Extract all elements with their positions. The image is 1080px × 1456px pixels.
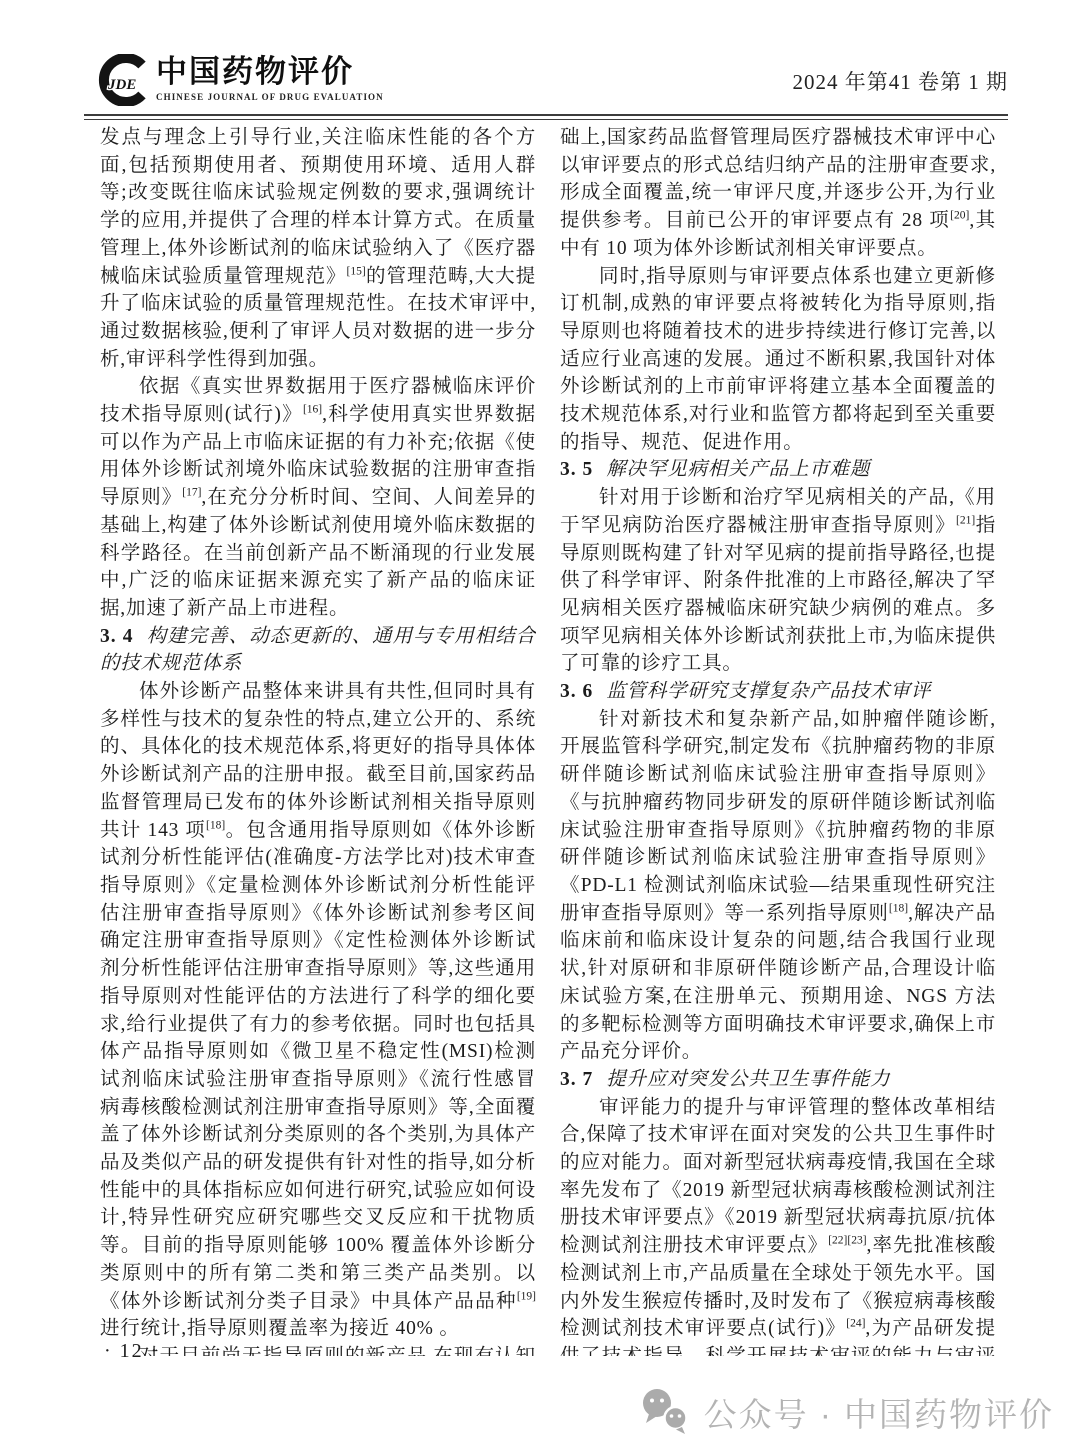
citation-ref: [24] [846, 1318, 865, 1330]
section-number: 3. 6 [560, 681, 593, 702]
header-rule [84, 114, 1008, 120]
section-number: 3. 4 [100, 626, 133, 647]
wechat-watermark: 公众号 · 中国药物评价 [640, 1388, 1054, 1436]
issue-info: 2024 年第41 卷第 1 期 [793, 66, 1009, 106]
citation-ref: [17] [182, 487, 201, 499]
section-heading: 3. 6监管科学研究支撑复杂产品技术审评 [560, 678, 996, 706]
journal-brand: JDE 中国药物评价 CHINESE JOURNAL OF DRUG EVALU… [96, 54, 384, 106]
paragraph: 针对用于诊断和治疗罕见病相关的产品,《用于罕见病防治医疗器械注册审查指导原则》[… [560, 484, 996, 678]
citation-ref: [22][23] [828, 1235, 866, 1247]
section-number: 3. 5 [560, 459, 593, 480]
section-heading: 3. 4构建完善、动态更新的、通用与专用相结合的技术规范体系 [100, 623, 536, 678]
wechat-icon [640, 1388, 692, 1436]
section-number: 3. 7 [560, 1069, 593, 1090]
section-title: 构建完善、动态更新的、通用与专用相结合的技术规范体系 [100, 626, 536, 675]
article-body: 发点与理念上引导行业,关注临床性能的各个方面,包括预期使用者、预期使用环境、适用… [100, 124, 996, 1356]
paragraph: 依据《真实世界数据用于医疗器械临床评价技术指导原则(试行)》[16],科学使用真… [100, 373, 536, 622]
journal-page: JDE 中国药物评价 CHINESE JOURNAL OF DRUG EVALU… [0, 0, 1080, 1456]
citation-ref: [19] [517, 1290, 536, 1302]
journal-title-block: 中国药物评价 CHINESE JOURNAL OF DRUG EVALUATIO… [156, 54, 384, 102]
page-header: JDE 中国药物评价 CHINESE JOURNAL OF DRUG EVALU… [96, 54, 1008, 106]
paragraph: 审评能力的提升与审评管理的整体改革相结合,保障了技术审评在面对突发的公共卫生事件… [560, 1094, 996, 1356]
journal-title-cn: 中国药物评价 [156, 54, 384, 90]
svg-text:JDE: JDE [107, 77, 136, 93]
paragraph: 发点与理念上引导行业,关注临床性能的各个方面,包括预期使用者、预期使用环境、适用… [100, 124, 536, 373]
citation-ref: [16] [303, 404, 322, 416]
section-heading: 3. 5解决罕见病相关产品上市难题 [560, 456, 996, 484]
watermark-text: 公众号 · 中国药物评价 [704, 1389, 1054, 1436]
paragraph: 础上,国家药品监督管理局医疗器械技术审评中心以审评要点的形式总结归纳产品的注册审… [560, 124, 996, 263]
journal-logo-icon: JDE [96, 54, 148, 106]
paragraph: 对于目前尚无指导原则的新产品,在现有认知基 [100, 1343, 536, 1356]
citation-ref: [21] [956, 514, 975, 526]
citation-ref: [18] [206, 819, 225, 831]
page-number: · 12 · [104, 1340, 159, 1363]
paragraph: 针对新技术和复杂新产品,如肿瘤伴随诊断,开展监管科学研究,制定发布《抗肿瘤药物的… [560, 706, 996, 1066]
section-title: 解决罕见病相关产品上市难题 [606, 459, 870, 480]
column-left: 发点与理念上引导行业,关注临床性能的各个方面,包括预期使用者、预期使用环境、适用… [100, 124, 536, 1356]
citation-ref: [15] [347, 265, 366, 277]
paragraph: 体外诊断产品整体来讲具有共性,但同时具有多样性与技术的复杂性的特点,建立公开的、… [100, 678, 536, 1343]
journal-title-en: CHINESE JOURNAL OF DRUG EVALUATION [156, 92, 384, 102]
section-title: 提升应对突发公共卫生事件能力 [606, 1069, 890, 1090]
citation-ref: [18] [889, 902, 908, 914]
section-heading: 3. 7提升应对突发公共卫生事件能力 [560, 1066, 996, 1094]
column-right: 础上,国家药品监督管理局医疗器械技术审评中心以审评要点的形式总结归纳产品的注册审… [560, 124, 996, 1356]
paragraph: 同时,指导原则与审评要点体系也建立更新修订机制,成熟的审评要点将被转化为指导原则… [560, 263, 996, 457]
section-title: 监管科学研究支撑复杂产品技术审评 [606, 681, 931, 702]
citation-ref: [20] [950, 210, 969, 222]
